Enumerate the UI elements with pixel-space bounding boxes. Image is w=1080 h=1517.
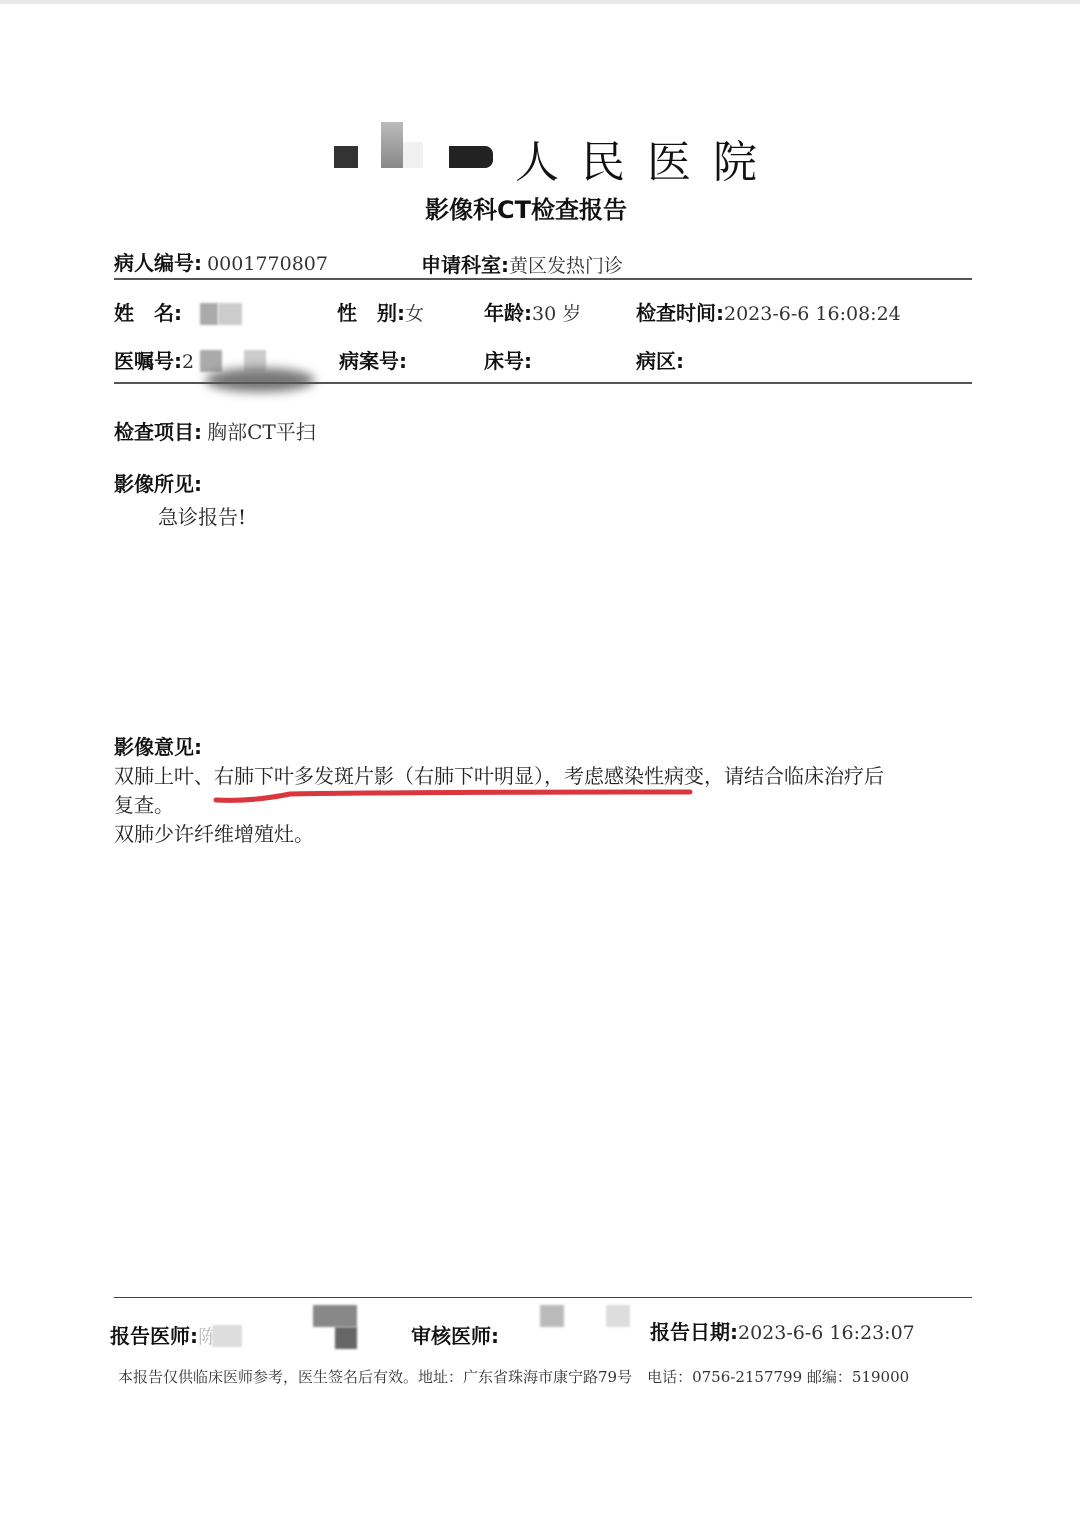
ward-label: 病区:: [636, 349, 684, 373]
reviewer-field: 审核医师:: [411, 1320, 499, 1349]
bed-number-field: 床号:: [484, 345, 532, 374]
patient-id-field: 病人编号: 0001770807: [114, 247, 328, 276]
name-label: 姓 名:: [114, 301, 182, 325]
age-field: 年龄:30 岁: [484, 297, 581, 326]
opinion-label: 影像意见:: [114, 731, 202, 760]
patient-id-label: 病人编号:: [114, 251, 202, 275]
reviewer-label: 审核医师:: [411, 1324, 499, 1348]
doctor-redaction: [212, 1325, 242, 1347]
sex-field: 性 别:女: [337, 297, 424, 326]
opinion-line-3: 双肺少许纤维增殖灶。: [114, 820, 314, 849]
department-label: 申请科室:: [421, 253, 509, 277]
exam-time-value: 2023-6-6 16:08:24: [724, 303, 901, 325]
sex-label: 性 别:: [337, 301, 405, 325]
order-number-label: 医嘱号:: [114, 349, 182, 373]
report-date-value: 2023-6-6 16:23:07: [738, 1322, 915, 1344]
exam-item-field: 检查项目: 胸部CT平扫: [114, 416, 316, 445]
smudge-redaction: [205, 368, 315, 392]
footer-note: 本报告仅供临床医师参考，医生签名后有效。地址：广东省珠海市康宁路79号 电话：0…: [118, 1366, 909, 1387]
report-title: 影像科CT检查报告: [0, 190, 1052, 225]
reviewer-redaction: [606, 1305, 630, 1327]
order-number-value: 2: [182, 351, 194, 373]
reviewer-redaction: [540, 1305, 564, 1327]
department-field: 申请科室:黄区发热门诊: [421, 249, 623, 278]
report-date-label: 报告日期:: [650, 1320, 738, 1344]
top-border: [0, 0, 1080, 4]
ward-field: 病区:: [636, 345, 684, 374]
name-redaction: [200, 303, 218, 325]
divider: [114, 382, 972, 384]
bed-number-label: 床号:: [484, 349, 532, 373]
case-number-label: 病案号:: [339, 349, 407, 373]
signature-redaction: [335, 1327, 357, 1349]
opinion-line-2: 复查。: [114, 791, 174, 820]
order-redaction: [200, 350, 222, 372]
age-label: 年龄:: [484, 301, 532, 325]
divider: [114, 278, 972, 280]
report-date-field: 报告日期:2023-6-6 16:23:07: [650, 1316, 915, 1345]
report-doctor-field: 报告医师:陈: [110, 1320, 217, 1349]
signature-redaction: [313, 1305, 357, 1327]
hospital-name: 人民医院: [515, 126, 779, 190]
name-field: 姓 名:: [114, 297, 182, 326]
exam-time-field: 检查时间:2023-6-6 16:08:24: [636, 297, 901, 326]
exam-item-value: 胸部CT平扫: [207, 420, 316, 444]
patient-id-value: 0001770807: [207, 253, 328, 275]
age-value: 30 岁: [532, 303, 581, 325]
order-number-field: 医嘱号:2: [114, 345, 194, 374]
exam-item-label: 检查项目:: [114, 420, 202, 444]
findings-text: 急诊报告!: [158, 503, 246, 532]
report-doctor-label: 报告医师:: [110, 1324, 198, 1348]
findings-label: 影像所见:: [114, 468, 202, 497]
red-underline-annotation: [210, 786, 700, 806]
department-value: 黄区发热门诊: [509, 255, 623, 277]
name-redaction: [218, 303, 242, 325]
sex-value: 女: [405, 303, 424, 325]
exam-time-label: 检查时间:: [636, 301, 724, 325]
footer-divider: [114, 1297, 972, 1298]
case-number-field: 病案号:: [339, 345, 407, 374]
